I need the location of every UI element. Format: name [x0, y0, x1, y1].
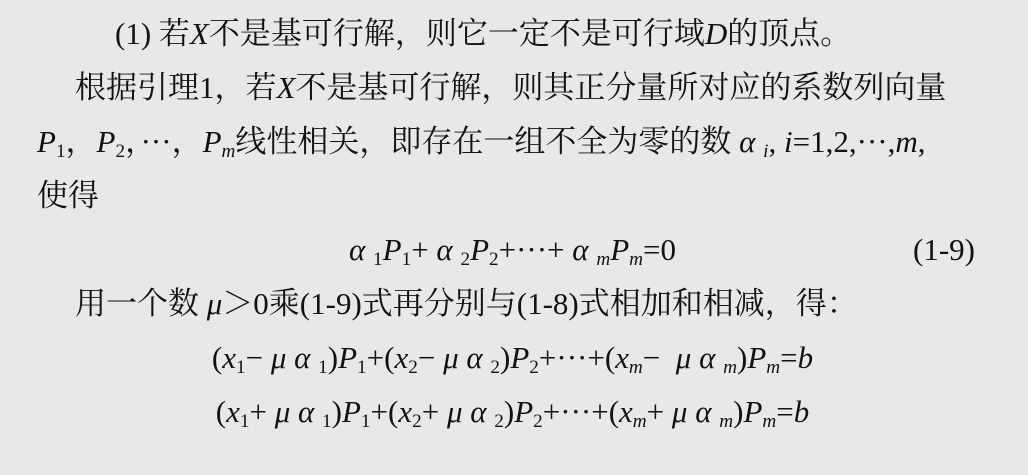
text-run: x	[394, 340, 408, 375]
subscript: 1	[56, 141, 66, 162]
subscript: m	[762, 411, 776, 432]
subscript: m	[629, 357, 643, 378]
subscript: 1	[240, 411, 250, 432]
text-run: =1,2,···,	[793, 124, 896, 159]
text-run: )	[332, 394, 342, 429]
text-run: +	[249, 394, 274, 429]
statement-line: (1) 若X不是基可行解，则它一定不是可行域D的顶点。	[37, 7, 988, 61]
text-run: P	[743, 394, 762, 429]
subscript: m	[222, 141, 236, 162]
text-run: X	[277, 70, 296, 105]
text-run: 线性相关，即存在一组不全为零的数	[235, 124, 739, 159]
text-run: P	[37, 124, 56, 159]
text-run: P	[514, 394, 533, 429]
subscript: 2	[460, 249, 470, 270]
equation-line-1-9: α 1P1+ α 2P2+···+ α mPm=0 (1-9)	[37, 223, 988, 277]
text-run: b	[794, 394, 810, 429]
text-run: ，···，	[125, 124, 202, 159]
text-run: μ α	[672, 394, 719, 429]
text-run: x	[615, 340, 629, 375]
text-run: 不是基可行解，则其正分量所对应的系数列向量	[295, 70, 946, 105]
paragraph-line: 使得	[37, 169, 988, 223]
text-run: +	[647, 394, 672, 429]
text-run: +···+(	[539, 340, 615, 375]
text-run: 根据引理1，若	[75, 70, 277, 105]
subscript: m	[596, 249, 610, 270]
subscript: 1	[357, 357, 367, 378]
text-run: −	[418, 340, 443, 375]
text-run: )	[500, 340, 510, 375]
text-run: μ α	[275, 394, 322, 429]
text-run: ＞0乘(1-9)式再分别与(1-8)式相加和相减，得：	[222, 286, 857, 321]
text-run: i	[784, 124, 793, 159]
text-run: b	[798, 340, 814, 375]
equation-number: (1-9)	[913, 223, 975, 277]
text-run: +···+	[499, 232, 573, 267]
subscript: m	[633, 411, 647, 432]
subscript: 2	[489, 249, 499, 270]
subscript: 1	[402, 249, 412, 270]
text-run: ，	[66, 124, 97, 159]
text-run: X	[190, 16, 209, 51]
text-run: x	[226, 394, 240, 429]
text-run: 使得	[37, 178, 99, 213]
subscript: i	[763, 141, 768, 162]
text-run: (1) 若	[115, 16, 190, 51]
text-run: ,	[918, 124, 926, 159]
text-run: x	[619, 394, 633, 429]
text-run: 用一个数	[75, 286, 207, 321]
subscript: 2	[115, 141, 125, 162]
text-run: −	[643, 340, 676, 375]
text-run: =0	[643, 232, 676, 267]
document-page: (1) 若X不是基可行解，则它一定不是可行域D的顶点。 根据引理1，若X不是基可…	[0, 0, 1028, 475]
subscript: 2	[412, 411, 422, 432]
text-run: P	[747, 340, 766, 375]
equation: α 1P1+ α 2P2+···+ α mPm=0	[349, 223, 676, 277]
subscript: 2	[529, 357, 539, 378]
text-run: )	[328, 340, 338, 375]
subscript: 1	[236, 357, 246, 378]
text-run: 的顶点。	[727, 16, 851, 51]
text-run: x	[222, 340, 236, 375]
text-run: P	[342, 394, 361, 429]
text-run: P	[203, 124, 222, 159]
text-run: ,	[769, 124, 785, 159]
equation: (x1− μ α 1)P1+(x2− μ α 2)P2+···+(xm− μ α…	[212, 331, 813, 385]
subscript: m	[719, 411, 733, 432]
text-run: x	[398, 394, 412, 429]
text-run: P	[470, 232, 489, 267]
text-run: =	[776, 394, 793, 429]
paragraph-line: 根据引理1，若X不是基可行解，则其正分量所对应的系数列向量	[37, 61, 988, 115]
text-run: α	[739, 124, 763, 159]
equation-line-minus: (x1− μ α 1)P1+(x2− μ α 2)P2+···+(xm− μ α…	[37, 331, 988, 385]
text-run: )	[504, 394, 514, 429]
text-run: +(	[367, 340, 395, 375]
subscript: 1	[373, 249, 383, 270]
text-run: m	[895, 124, 917, 159]
text-run: α	[349, 232, 373, 267]
text-run: P	[338, 340, 357, 375]
text-run: +(	[371, 394, 399, 429]
subscript: 2	[408, 357, 418, 378]
text-run: α	[572, 232, 596, 267]
text-run: μ α	[271, 340, 318, 375]
text-run: −	[246, 340, 271, 375]
text-run: =	[780, 340, 797, 375]
text-run: +	[411, 232, 436, 267]
subscript: m	[766, 357, 780, 378]
text-run: (	[216, 394, 226, 429]
text-run: α	[436, 232, 460, 267]
equation-line-plus: (x1+ μ α 1)P1+(x2+ μ α 2)P2+···+(xm+ μ α…	[37, 385, 988, 439]
subscript: 2	[494, 411, 504, 432]
text-run: D	[705, 16, 727, 51]
subscript: m	[629, 249, 643, 270]
subscript: 1	[322, 411, 332, 432]
subscript: 1	[361, 411, 371, 432]
text-run: (	[212, 340, 222, 375]
subscript: 2	[490, 357, 500, 378]
text-run: )	[737, 340, 747, 375]
subscript: 2	[533, 411, 543, 432]
text-run: P	[97, 124, 116, 159]
equation: (x1+ μ α 1)P1+(x2+ μ α 2)P2+···+(xm+ μ α…	[216, 385, 810, 439]
paragraph-line: 用一个数 μ＞0乘(1-9)式再分别与(1-8)式相加和相减，得：	[37, 277, 988, 331]
text-run: +	[422, 394, 447, 429]
text-run: μ	[207, 286, 223, 321]
text-run: )	[733, 394, 743, 429]
text-run: P	[383, 232, 402, 267]
subscript: 1	[318, 357, 328, 378]
text-run: +···+(	[543, 394, 619, 429]
paragraph-line: P1，P2，···，Pm线性相关，即存在一组不全为零的数 α i, i=1,2,…	[37, 115, 988, 169]
text-run: μ α	[676, 340, 723, 375]
text-run: P	[610, 232, 629, 267]
text-run: μ α	[447, 394, 494, 429]
text-run: P	[510, 340, 529, 375]
text-run: μ α	[443, 340, 490, 375]
text-run: 不是基可行解，则它一定不是可行域	[209, 16, 705, 51]
subscript: m	[723, 357, 737, 378]
